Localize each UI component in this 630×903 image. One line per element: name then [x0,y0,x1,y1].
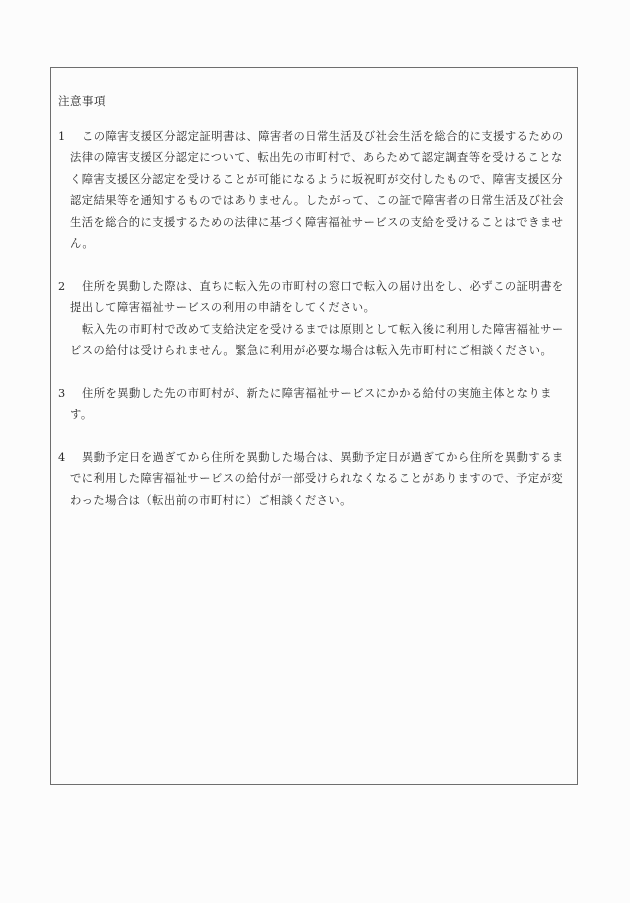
notice-items: 1 この障害支援区分認定証明書は、障害者の日常生活及び社会生活を総合的に支援する… [58,126,574,533]
item-number: 2 [58,276,66,297]
notice-item-1: 1 この障害支援区分認定証明書は、障害者の日常生活及び社会生活を総合的に支援する… [58,126,574,254]
item-paragraph: 住所を異動した際は、直ちに転入先の市町村の窓口で転入の届け出をし、必ずこの証明書… [70,276,574,319]
item-number: 3 [58,383,66,404]
item-paragraph: 住所を異動した先の市町村が、新たに障害福祉サービスにかかる給付の実施主体となりま… [70,383,574,426]
item-number: 4 [58,447,66,468]
item-number: 1 [58,126,66,147]
notice-item-4: 4 異動予定日を過ぎてから住所を異動した場合は、異動予定日が過ぎてから住所を異動… [58,447,574,511]
item-paragraph: 異動予定日を過ぎてから住所を異動した場合は、異動予定日が過ぎてから住所を異動する… [70,447,574,511]
notice-box: 注意事項 1 この障害支援区分認定証明書は、障害者の日常生活及び社会生活を総合的… [50,67,578,785]
item-paragraph: この障害支援区分認定証明書は、障害者の日常生活及び社会生活を総合的に支援するため… [70,126,574,254]
notice-item-2: 2 住所を異動した際は、直ちに転入先の市町村の窓口で転入の届け出をし、必ずこの証… [58,276,574,362]
notice-title: 注意事項 [58,93,106,109]
item-paragraph: 転入先の市町村で改めて支給決定を受けるまでは原則として転入後に利用した障害福祉サ… [70,319,574,362]
notice-item-3: 3 住所を異動した先の市町村が、新たに障害福祉サービスにかかる給付の実施主体とな… [58,383,574,426]
